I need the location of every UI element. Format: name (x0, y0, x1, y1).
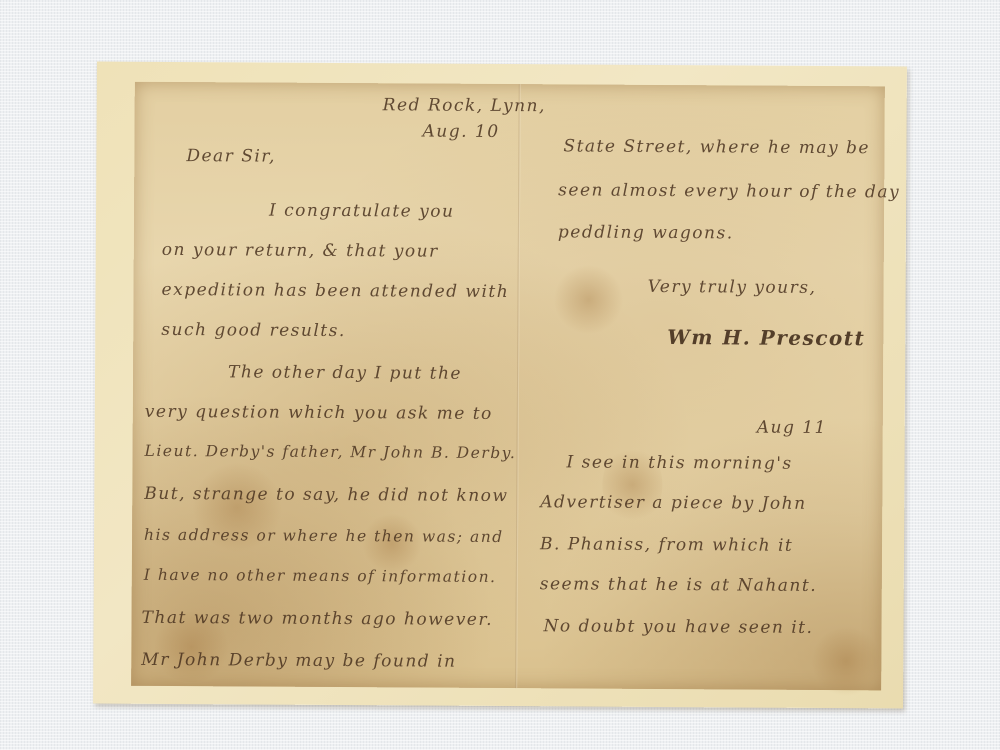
left-page: Red Rock, Lynn, Aug. 10 Dear Sir, I cong… (131, 82, 519, 688)
body-line: But, strange to say, he did not know (144, 484, 508, 506)
date-line: Aug. 10 (422, 122, 499, 142)
body-line: That was two months ago however. (142, 608, 494, 630)
body-line: his address or where he then was; and (144, 526, 504, 546)
body-line: seen almost every hour of the day (558, 180, 900, 202)
body-line: State Street, where he may be (563, 136, 870, 158)
right-page: State Street, where he may be seen almos… (515, 84, 885, 690)
signature: Wm H. Prescott (667, 325, 865, 350)
postscript-line: B. Phaniss, from which it (540, 534, 793, 556)
body-line: on your return, & that your (162, 240, 439, 262)
postscript-line: No doubt you have seen it. (543, 616, 813, 638)
salutation: Dear Sir, (186, 146, 276, 167)
body-line: expedition has been attended with (162, 280, 510, 302)
postscript-line: Advertiser a piece by John (540, 492, 806, 514)
body-line: I congratulate you (269, 201, 455, 222)
body-line: such good results. (161, 320, 346, 341)
body-line: Lieut. Derby's father, Mr John B. Derby. (145, 442, 517, 462)
postscript-date: Aug 11 (757, 418, 827, 438)
closing: Very truly yours, (648, 277, 817, 298)
postscript-line: seems that he is at Nahant. (540, 574, 817, 596)
body-line: Mr John Derby may be found in (141, 650, 456, 672)
postscript-line: I see in this morning's (566, 452, 792, 473)
body-line: peddling wagons. (558, 222, 734, 243)
letter-sheet: Red Rock, Lynn, Aug. 10 Dear Sir, I cong… (131, 82, 885, 691)
body-line: very question which you ask me to (145, 402, 493, 424)
body-line: I have no other means of information. (144, 566, 497, 586)
mount-card: Red Rock, Lynn, Aug. 10 Dear Sir, I cong… (93, 62, 907, 709)
body-line: The other day I put the (228, 362, 462, 383)
